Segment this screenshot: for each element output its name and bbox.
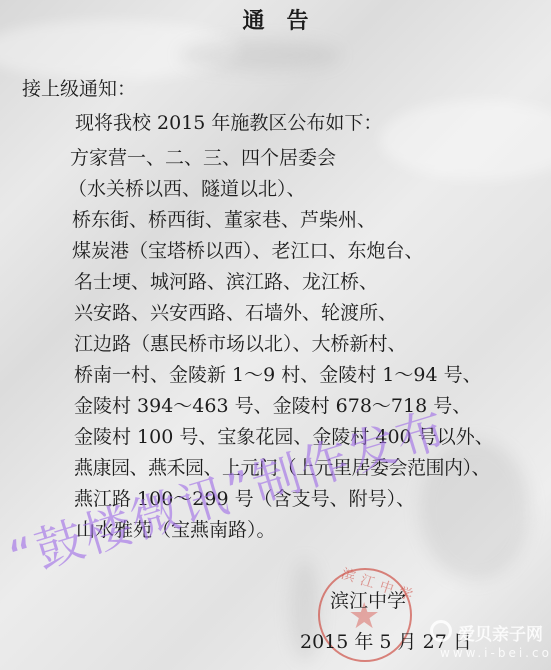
body-line: 桥南一村、金陵新 1～9 村、金陵村 1～94 号、 bbox=[74, 360, 482, 387]
body-line: 桥东街、桥西街、董家巷、芦柴州、 bbox=[72, 205, 376, 232]
paper-crease bbox=[380, 100, 551, 180]
document-title: 通告 bbox=[0, 4, 551, 35]
body-line: 煤炭港（宝塔桥以西）、老江口、东炮台、 bbox=[72, 236, 424, 263]
body-line: 兴安路、兴安西路、石墙外、轮渡所、 bbox=[74, 298, 397, 325]
body-line: （水关桥以西、隧道以北）、 bbox=[68, 174, 306, 201]
logo-url: www.i-bei.com bbox=[440, 646, 551, 660]
body-line: 名士埂、城河路、滨江路、龙江桥、 bbox=[74, 267, 378, 294]
logo-name: 爱贝亲子网 bbox=[458, 620, 543, 645]
body-line: 江边路（惠民桥市场以北）、大桥新村、 bbox=[74, 329, 407, 356]
logo-swirl-icon bbox=[430, 620, 452, 642]
body-line: 方家营一、二、三、四个居委会 bbox=[70, 143, 336, 170]
paper-shadow bbox=[180, 40, 340, 70]
document-intro: 接上级通知： bbox=[22, 74, 136, 101]
body-line: 现将我校 2015 年施教区公布如下： bbox=[75, 108, 382, 135]
signature: 滨江中学 bbox=[330, 586, 406, 613]
